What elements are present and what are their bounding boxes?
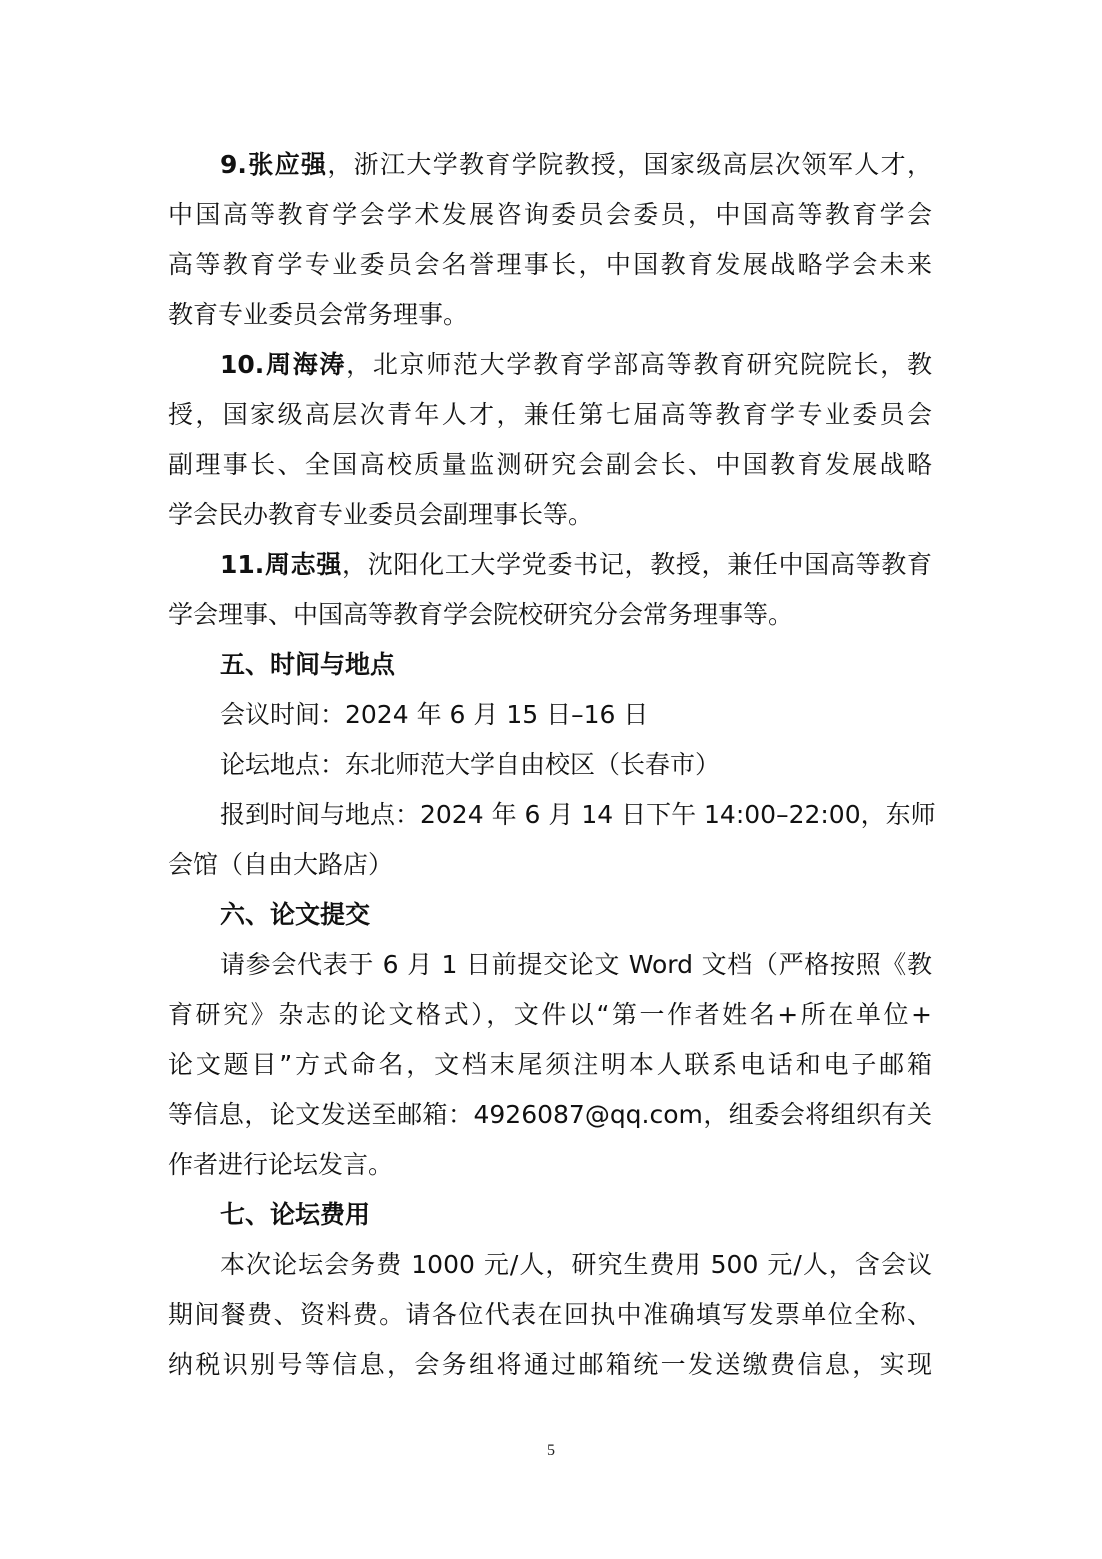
document-page: 9.张应强，浙江大学教育学院教授，国家级高层次领军人才， 中国高等教育学会学术发…: [0, 0, 1102, 1559]
forum-location: 论坛地点：东北师范大学自由校区（长春市）: [220, 740, 932, 790]
expert-11-line-2: 学会理事、中国高等教育学会院校研究分会常务理事等。: [168, 590, 932, 640]
expert-9-line-4: 教育专业委员会常务理事。: [168, 290, 932, 340]
expert-11-line-1: 11.周志强，沈阳化工大学党委书记，教授，兼任中国高等教育: [220, 540, 932, 590]
registration-line-1: 报到时间与地点：2024 年 6 月 14 日下午 14:00–22:00，东师: [220, 790, 932, 840]
expert-10-line-1: 10.周海涛，北京师范大学教育学部高等教育研究院院长，教: [220, 340, 932, 390]
section-heading-forum-fees: 七、论坛费用: [220, 1190, 932, 1240]
submission-line-5: 作者进行论坛发言。: [168, 1140, 932, 1190]
expert-number: 11.: [220, 550, 264, 579]
expert-9-line-3: 高等教育学专业委员会名誉理事长，中国教育发展战略学会未来: [168, 240, 932, 290]
expert-name: 周海涛: [264, 350, 346, 379]
fees-line-1: 本次论坛会务费 1000 元/人，研究生费用 500 元/人，含会议: [220, 1240, 932, 1290]
expert-name: 周志强: [264, 550, 342, 579]
expert-9-line-2: 中国高等教育学会学术发展咨询委员会委员，中国高等教育学会: [168, 190, 932, 240]
expert-10-line-4: 学会民办教育专业委员会副理事长等。: [168, 490, 932, 540]
expert-10-line-3: 副理事长、全国高校质量监测研究会副会长、中国教育发展战略: [168, 440, 932, 490]
section-heading-paper-submission: 六、论文提交: [220, 890, 932, 940]
fees-line-3: 纳税识别号等信息，会务组将通过邮箱统一发送缴费信息，实现: [168, 1340, 932, 1390]
page-number: 5: [0, 1442, 1102, 1460]
submission-line-1: 请参会代表于 6 月 1 日前提交论文 Word 文档（严格按照《教: [220, 940, 932, 990]
submission-line-3: 论文题目”方式命名，文档末尾须注明本人联系电话和电子邮箱: [168, 1040, 932, 1090]
section-heading-time-place: 五、时间与地点: [220, 640, 932, 690]
submission-line-4: 等信息，论文发送至邮箱：4926087@qq.com，组委会将组织有关: [168, 1090, 932, 1140]
registration-line-2: 会馆（自由大路店）: [168, 840, 932, 890]
expert-10-line-2: 授，国家级高层次青年人才，兼任第七届高等教育学专业委员会: [168, 390, 932, 440]
submission-line-2: 育研究》杂志的论文格式），文件以“第一作者姓名+所在单位+: [168, 990, 932, 1040]
expert-number: 9.: [220, 150, 247, 179]
expert-9-line-1: 9.张应强，浙江大学教育学院教授，国家级高层次领军人才，: [220, 140, 932, 190]
expert-number: 10.: [220, 350, 264, 379]
fees-line-2: 期间餐费、资料费。请各位代表在回执中准确填写发票单位全称、: [168, 1290, 932, 1340]
meeting-time: 会议时间：2024 年 6 月 15 日–16 日: [220, 690, 932, 740]
expert-name: 张应强: [247, 150, 327, 179]
